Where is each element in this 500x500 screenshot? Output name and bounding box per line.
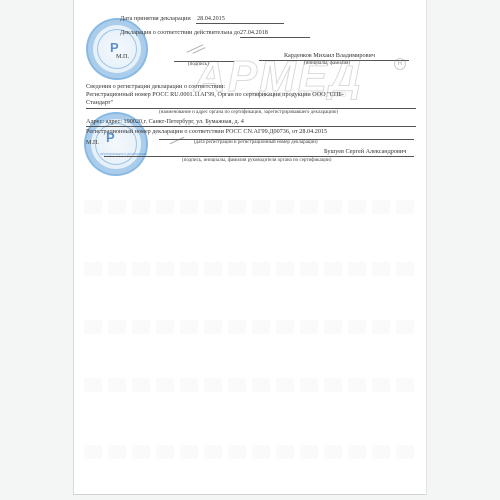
signature-scribble: [170, 137, 185, 145]
acceptance-date-value: 28.04.2015: [197, 15, 225, 22]
registration-underline: [86, 108, 416, 109]
signature-caption: (подпись): [188, 62, 209, 68]
address-underline: [86, 126, 416, 127]
mp-label-top: М.П.: [116, 53, 129, 60]
bleed-through-row: [84, 378, 416, 392]
bleed-through-row: [84, 200, 416, 214]
acceptance-date-underline: [196, 23, 284, 24]
org-caption: (наименование и адрес органа по сертифик…: [159, 110, 338, 116]
certification-stamp-top: P: [86, 18, 148, 80]
declaration-registration-line: Регистрационный номер декларации о соотв…: [86, 128, 327, 135]
mp-label-bottom: М.П.: [86, 139, 99, 146]
head-name: Бушуев Сергей Александрович: [324, 148, 406, 155]
registration-number-line: Регистрационный номер РОСС RU.0001.11АГ9…: [86, 91, 344, 98]
bleed-through-row: [84, 445, 416, 459]
validity-value: 27.04.2018: [240, 29, 268, 36]
acceptance-date-label: Дата принятия декларации: [120, 15, 191, 22]
bleed-through-row: [84, 262, 416, 276]
head-caption: (подпись, инициалы, фамилия руководителя…: [182, 158, 331, 164]
address-line: Адрес: адрес: 190020,г. Санкт-Петербург,…: [86, 118, 244, 125]
reg-date-caption: (дата регистрации и регистрационный номе…: [194, 140, 318, 146]
document-page: АРМЕД R PROTECT ART REGRED P P сертифика…: [73, 0, 427, 495]
validity-label: Декларация о соответствии действительна …: [120, 29, 240, 36]
declarant-name: Карденков Михаил Владимирович: [284, 52, 375, 59]
registration-number-line-2: Стандарт": [86, 99, 113, 106]
validity-underline: [240, 37, 310, 38]
registration-heading: Сведения о регистрации декларации о соот…: [86, 83, 225, 90]
declarant-caption: (инициалы, фамилия): [304, 61, 350, 67]
head-underline: [104, 156, 414, 157]
bleed-through-row: [84, 320, 416, 334]
